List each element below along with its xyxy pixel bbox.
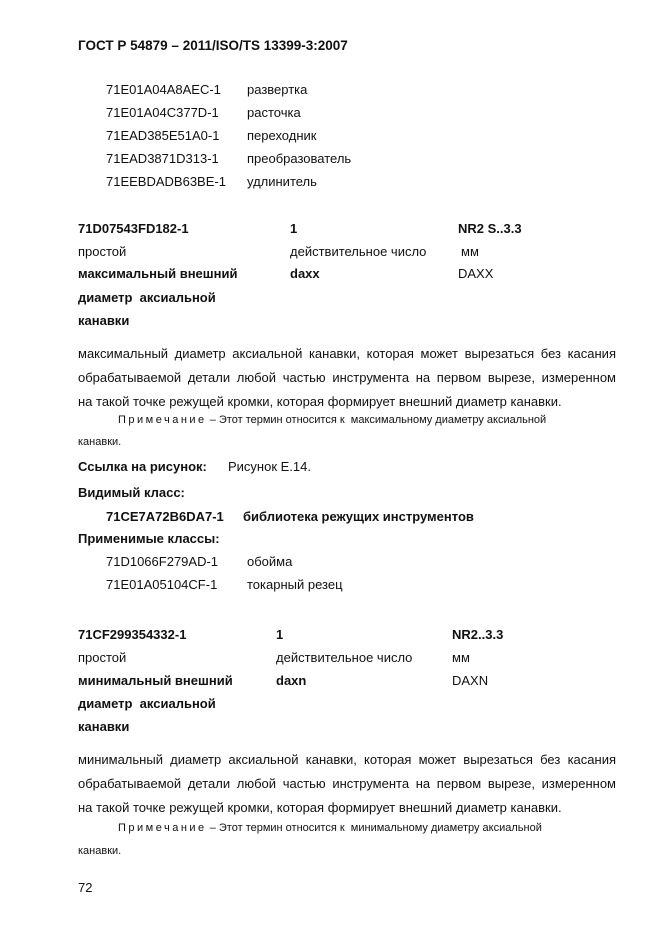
- list-item-code: 71EAD385E51A0-1: [106, 128, 219, 143]
- entry-data-type: действительное число: [276, 650, 412, 665]
- list-item-name: расточка: [247, 105, 301, 120]
- entry-symbol: daxn: [276, 673, 306, 688]
- entry-name: диаметр аксиальной: [78, 290, 216, 305]
- list-item-code: 71E01A04C377D-1: [106, 105, 219, 120]
- entry-format: NR2..3.3: [452, 627, 503, 642]
- entry-code: DAXX: [458, 266, 493, 281]
- page-number: 72: [78, 880, 92, 895]
- list-item-name: преобразователь: [247, 151, 351, 166]
- entry-definition: минимальный диаметр аксиальной канавки, …: [78, 748, 616, 820]
- list-item-name: переходник: [247, 128, 316, 143]
- list-item-name: удлинитель: [247, 174, 317, 189]
- note-continuation: канавки.: [78, 845, 121, 857]
- applicable-class-name: токарный резец: [247, 577, 343, 592]
- entry-note: Примечание – Этот термин относится к мак…: [118, 414, 546, 426]
- list-item-code: 71E01A04A8AEC-1: [106, 82, 221, 97]
- note-continuation: канавки.: [78, 436, 121, 448]
- entry-format: NR2 S..3.3: [458, 221, 522, 236]
- entry-name: канавки: [78, 313, 129, 328]
- list-item-code: 71EAD3871D313-1: [106, 151, 219, 166]
- entry-name: канавки: [78, 719, 129, 734]
- entry-type: простой: [78, 650, 126, 665]
- list-item-name: развертка: [247, 82, 307, 97]
- entry-data-type: действительное число: [290, 244, 426, 259]
- entry-id: 71D07543FD182-1: [78, 221, 189, 236]
- entry-version: 1: [290, 221, 297, 236]
- visible-class-name: библиотека режущих инструментов: [243, 509, 474, 524]
- entry-version: 1: [276, 627, 283, 642]
- entry-unit: мм: [452, 650, 470, 665]
- note-text: – Этот термин относится к минимальному д…: [207, 822, 542, 834]
- definition-line: максимальный диаметр аксиальной канавки,…: [78, 342, 616, 366]
- applicable-classes-label: Применимые классы:: [78, 531, 220, 546]
- note-text: – Этот термин относится к максимальному …: [207, 414, 547, 426]
- document-header: ГОСТ Р 54879 – 2011/ISO/TS 13399-3:2007: [78, 38, 348, 53]
- entry-id: 71CF299354332-1: [78, 627, 186, 642]
- applicable-class-code: 71E01A05104CF-1: [106, 577, 217, 592]
- entry-note: Примечание – Этот термин относится к мин…: [118, 822, 542, 834]
- definition-line: обрабатываемой детали любой частью инстр…: [78, 366, 616, 390]
- definition-line: на такой точке режущей кромки, которая ф…: [78, 796, 616, 820]
- entry-definition: максимальный диаметр аксиальной канавки,…: [78, 342, 616, 414]
- list-item-code: 71EEBDADB63BE-1: [106, 174, 226, 189]
- visible-class-code: 71CE7A72B6DA7-1: [106, 509, 224, 524]
- definition-line: минимальный диаметр аксиальной канавки, …: [78, 748, 616, 772]
- figure-ref-label: Ссылка на рисунок:: [78, 459, 207, 474]
- entry-type: простой: [78, 244, 126, 259]
- definition-line: обрабатываемой детали любой частью инстр…: [78, 772, 616, 796]
- visible-class-label: Видимый класс:: [78, 485, 185, 500]
- applicable-class-name: обойма: [247, 554, 292, 569]
- entry-symbol: daxx: [290, 266, 320, 281]
- note-label: Примечание: [118, 414, 207, 426]
- entry-unit: мм: [461, 244, 479, 259]
- note-label: Примечание: [118, 822, 207, 834]
- entry-code: DAXN: [452, 673, 488, 688]
- entry-name: диаметр аксиальной: [78, 696, 216, 711]
- applicable-class-code: 71D1066F279AD-1: [106, 554, 218, 569]
- entry-name: минимальный внешний: [78, 673, 233, 688]
- definition-line: на такой точке режущей кромки, которая ф…: [78, 390, 616, 414]
- figure-ref-value[interactable]: Рисунок E.14.: [228, 459, 311, 474]
- entry-name: максимальный внешний: [78, 266, 237, 281]
